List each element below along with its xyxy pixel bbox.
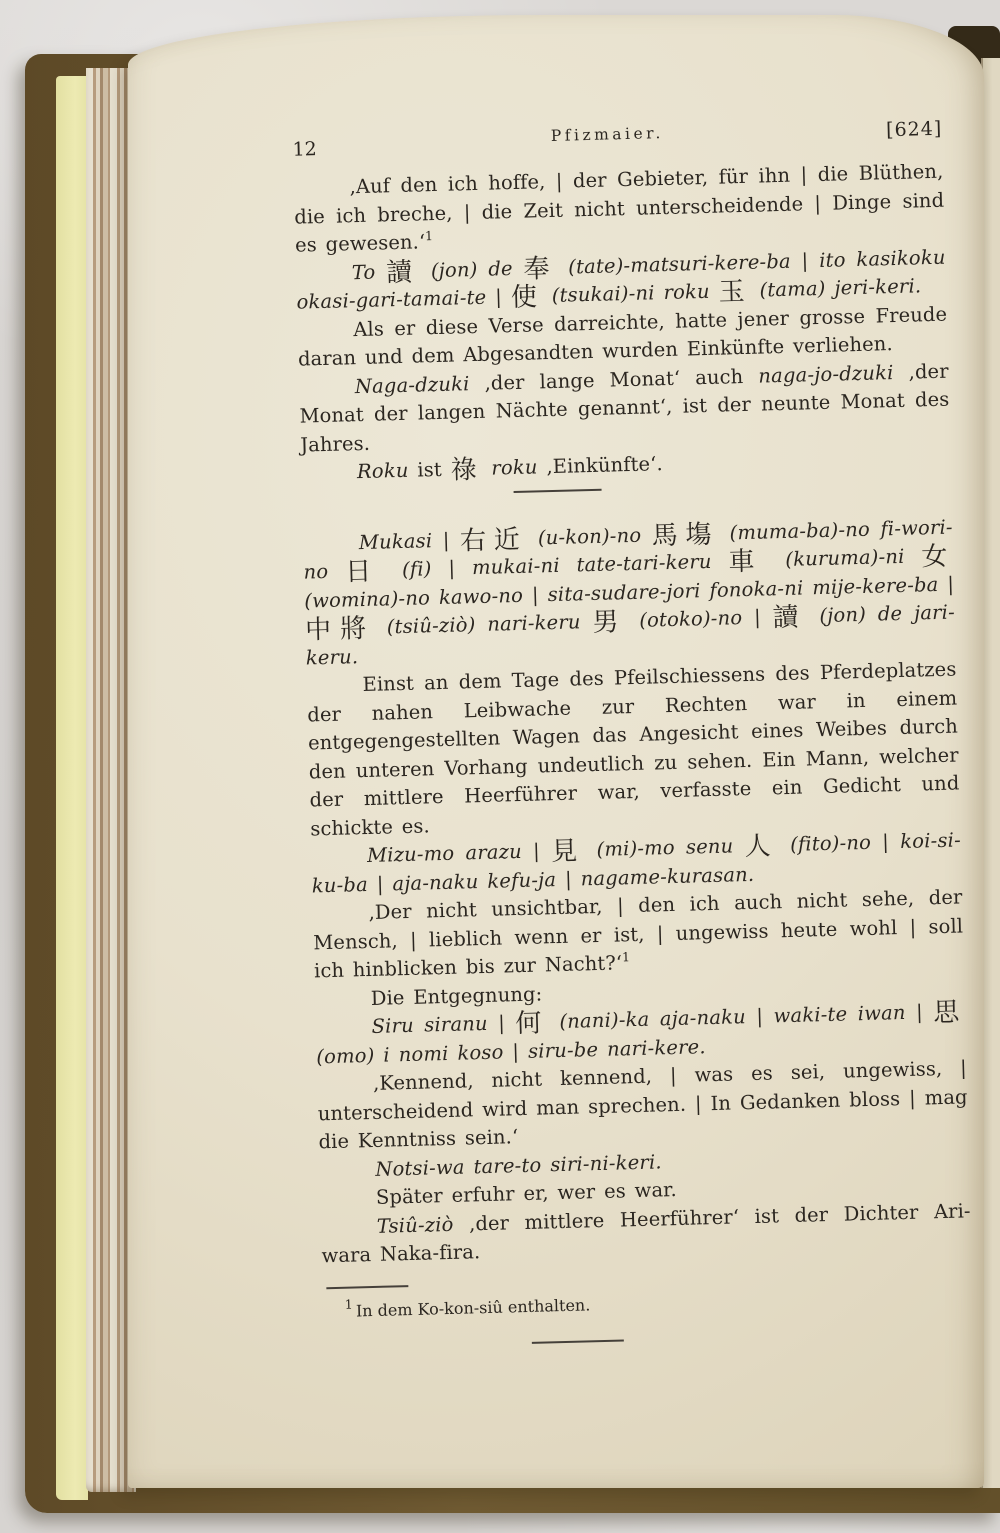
- kanji-glyph: 右近: [460, 524, 528, 556]
- transliteration-segment: To: [351, 260, 386, 284]
- transliteration-mukasi: Mukasi | 右近 (u-kon)-no 馬塲 (muma-ba)-no f…: [303, 513, 957, 672]
- kanji-glyph: 使: [511, 282, 544, 313]
- text-segment: Die Entgegnung:: [370, 982, 542, 1009]
- transliteration-segment: Mukasi |: [359, 528, 461, 554]
- endpaper-edge: [56, 76, 88, 1500]
- footnote-ref: 1: [425, 228, 433, 243]
- transliteration-segment: Mizu-mo arazu |: [367, 839, 552, 867]
- kanji-glyph: 思: [933, 997, 966, 1028]
- kanji-glyph: 祿: [450, 455, 483, 486]
- page-content: 12 Pfizmaier. [624] ,Auf den ich hoffe, …: [292, 122, 973, 1349]
- transliteration-segment: (u-kon)-no: [527, 523, 652, 549]
- text-segment: ist: [408, 458, 451, 482]
- running-header: Pfizmaier.: [551, 124, 664, 145]
- transliteration-segment: Naga-dzuki: [354, 372, 469, 398]
- text-segment: ,der lange Monat‘ auch: [469, 364, 758, 395]
- footnote-marker: 1: [345, 1297, 353, 1312]
- column-reference: [624]: [886, 118, 943, 141]
- photo-background: 12 Pfizmaier. [624] ,Auf den ich hoffe, …: [0, 0, 1000, 1533]
- kanji-glyph: 車: [728, 546, 769, 577]
- transliteration-segment: Roku: [357, 459, 409, 483]
- footnote: 1In dem Ko-kon-siû enthalten.: [323, 1284, 973, 1323]
- kanji-glyph: 奉: [523, 253, 558, 284]
- footnote-text: In dem Ko-kon-siû enthalten.: [356, 1295, 591, 1320]
- text-segment: ,Kennend, nicht kennend, | was es sei, u…: [317, 1056, 967, 1153]
- kanji-glyph: 日: [345, 556, 386, 587]
- kanji-glyph: 人: [744, 831, 779, 862]
- transliteration-segment: (mi)-mo senu: [585, 834, 745, 861]
- transliteration-segment: (jon) de: [420, 256, 524, 282]
- text-segment: Später erfuhr er, wer es war.: [376, 1178, 677, 1209]
- transliteration-segment: (otoko)-no |: [627, 605, 773, 632]
- kanji-glyph: 中將: [305, 614, 376, 646]
- transliteration-segment: roku: [491, 455, 538, 479]
- text-segment: ,Der nicht unsichtbar, | den ich auch ni…: [313, 885, 963, 982]
- text-segment: ,Einkünfte‘.: [537, 452, 663, 478]
- text-segment: Einst an dem Tage des Pfeilschiessens de…: [307, 658, 960, 840]
- kanji-glyph: 見: [551, 836, 586, 867]
- transliteration-segment: naga-jo-dzuki: [758, 361, 894, 388]
- text-segment: ,Auf den ich hoffe, | der Gebieter, für …: [294, 160, 944, 257]
- transliteration-segment: (tama) jeri-keri.: [750, 274, 921, 301]
- transliteration-segment: Notsi-wa tare-to siri-ni-keri.: [375, 1150, 662, 1180]
- section-divider-rule: [514, 488, 602, 492]
- transliteration-segment: (tsiû-ziò) nari-keru: [375, 610, 593, 639]
- kanji-glyph: 何: [515, 1008, 549, 1039]
- kanji-glyph: 讀: [386, 257, 421, 288]
- transliteration-segment: (fi) | mukai-ni tate-tari-keru: [385, 549, 729, 581]
- kanji-glyph: 讀: [772, 602, 808, 633]
- page-number: 12: [292, 138, 317, 161]
- kanji-glyph: 男: [592, 607, 628, 638]
- footnote-ref: 1: [622, 949, 630, 964]
- kanji-glyph: 女: [921, 542, 954, 573]
- kanji-glyph: 馬塲: [651, 519, 719, 551]
- transliteration-segment: (kuruma)-ni: [768, 544, 921, 571]
- transliteration-segment: Tsiû-ziò: [376, 1212, 453, 1237]
- paragraphs: ,Auf den ich hoffe, | der Gebieter, für …: [293, 158, 971, 1271]
- transliteration-segment: (tsukai)-ni roku: [543, 280, 719, 308]
- footnote-rule: [326, 1285, 408, 1289]
- transliteration-segment: Siru siranu |: [371, 1011, 515, 1038]
- prose-einst: Einst an dem Tage des Pfeilschiessens de…: [306, 656, 960, 844]
- kanji-glyph: 玉: [718, 277, 751, 308]
